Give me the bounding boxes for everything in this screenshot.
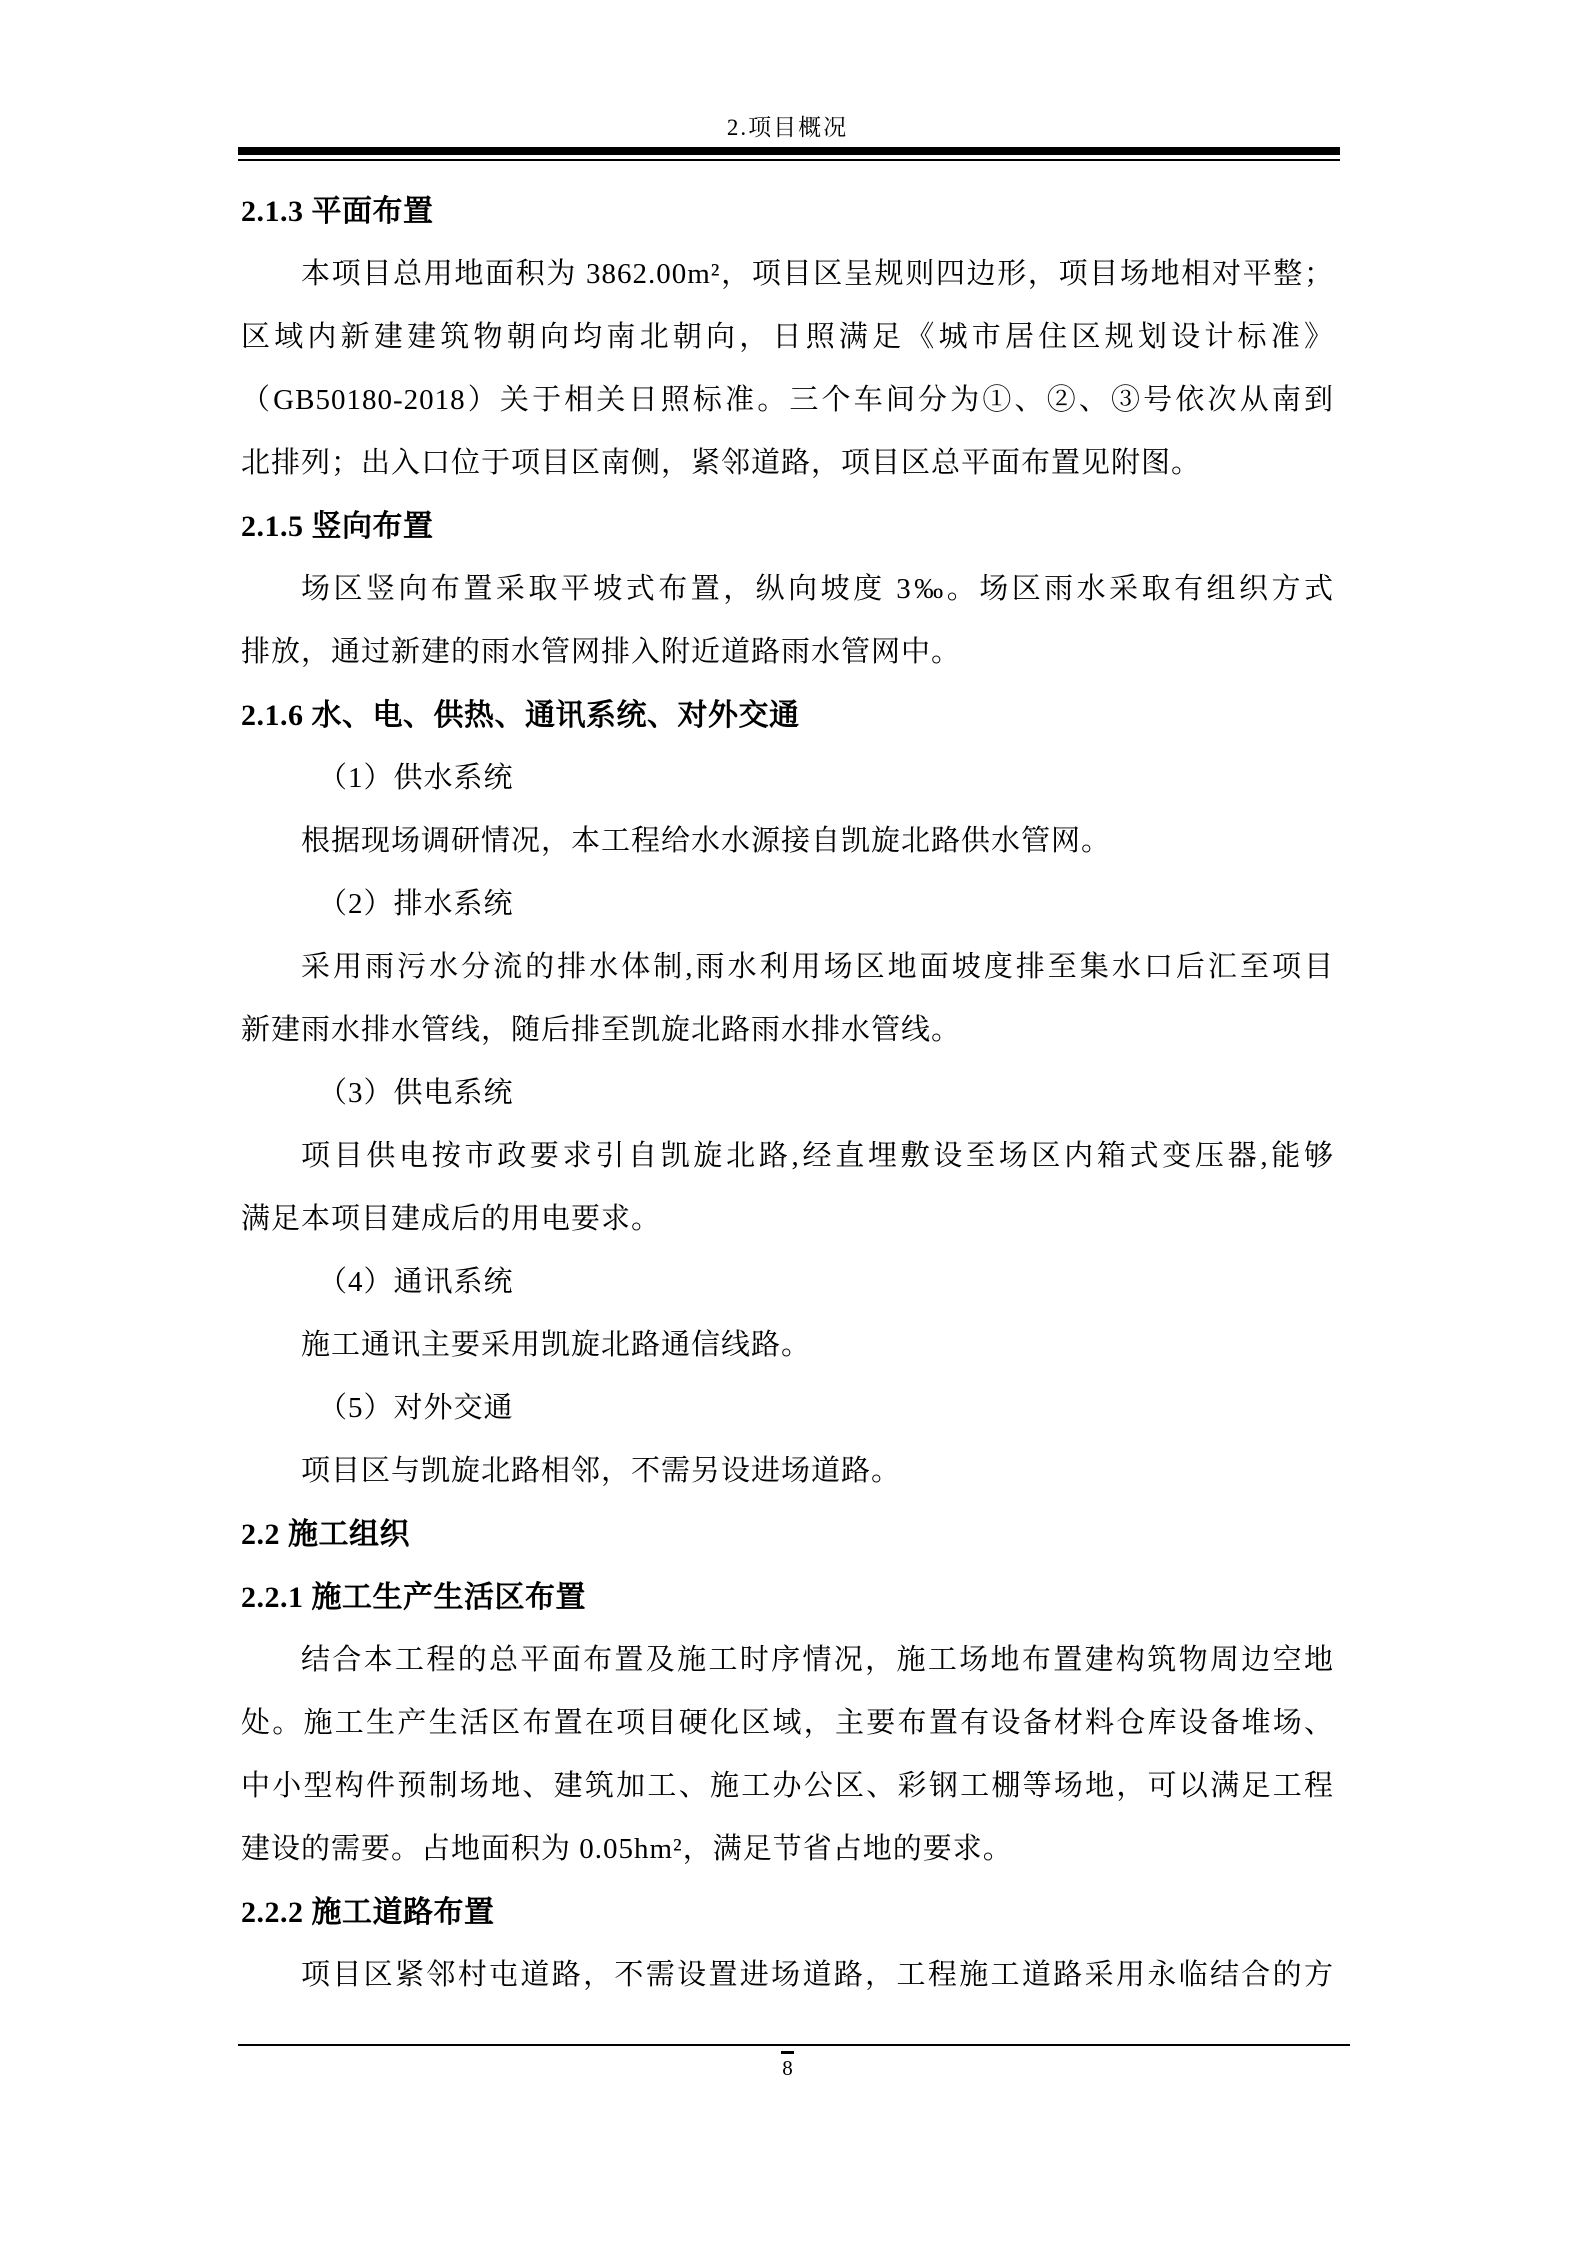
para-line: 排放，通过新建的雨水管网排入附近道路雨水管网中。 <box>241 621 1334 684</box>
numbered-item-1: （1）供水系统 <box>241 747 1334 810</box>
running-header: 2.项目概况 <box>241 112 1334 144</box>
numbered-item-2: （2）排水系统 <box>241 873 1334 936</box>
heading-2-1-3: 2.1.3 平面布置 <box>241 180 1334 243</box>
para-line: 项目供电按市政要求引自凯旋北路,经直埋敷设至场区内箱式变压器,能够 <box>241 1125 1334 1188</box>
footer-rule <box>238 2044 1350 2046</box>
para-line: 建设的需要。占地面积为 0.05hm²，满足节省占地的要求。 <box>241 1818 1334 1881</box>
para-line: 采用雨污水分流的排水体制,雨水利用场区地面坡度排至集水口后汇至项目 <box>241 936 1334 999</box>
para-line: 结合本工程的总平面布置及施工时序情况，施工场地布置建构筑物周边空地 <box>241 1629 1334 1692</box>
heading-2-1-6: 2.1.6 水、电、供热、通讯系统、对外交通 <box>241 684 1334 747</box>
para-line: 新建雨水排水管线，随后排至凯旋北路雨水排水管线。 <box>241 999 1334 1062</box>
heading-2-2-1: 2.2.1 施工生产生活区布置 <box>241 1566 1334 1629</box>
para-line: 施工通讯主要采用凯旋北路通信线路。 <box>241 1314 1334 1377</box>
para-line: （GB50180-2018）关于相关日照标准。三个车间分为①、②、③号依次从南到 <box>241 369 1334 432</box>
para-line: 区域内新建建筑物朝向均南北朝向，日照满足《城市居住区规划设计标准》 <box>241 306 1334 369</box>
page-number: 8 <box>241 2053 1334 2083</box>
para-line: 场区竖向布置采取平坡式布置，纵向坡度 3‰。场区雨水采取有组织方式 <box>241 558 1334 621</box>
document-page: 2.项目概况 2.1.3 平面布置 本项目总用地面积为 3862.00m²，项目… <box>0 0 1587 2245</box>
para-line: 本项目总用地面积为 3862.00m²，项目区呈规则四边形，项目场地相对平整； <box>241 243 1334 306</box>
para-line: 项目区紧邻村屯道路，不需设置进场道路，工程施工道路采用永临结合的方 <box>241 1944 1334 2007</box>
heading-2-1-5: 2.1.5 竖向布置 <box>241 495 1334 558</box>
para-line: 根据现场调研情况，本工程给水水源接自凯旋北路供水管网。 <box>241 810 1334 873</box>
numbered-item-5: （5）对外交通 <box>241 1377 1334 1440</box>
header-rule-thick <box>238 147 1340 155</box>
para-line: 中小型构件预制场地、建筑加工、施工办公区、彩钢工棚等场地，可以满足工程 <box>241 1755 1334 1818</box>
heading-2-2: 2.2 施工组织 <box>241 1503 1334 1566</box>
numbered-item-3: （3）供电系统 <box>241 1062 1334 1125</box>
para-line: 处。施工生产生活区布置在项目硬化区域，主要布置有设备材料仓库设备堆场、 <box>241 1692 1334 1755</box>
para-line: 北排列；出入口位于项目区南侧，紧邻道路，项目区总平面布置见附图。 <box>241 432 1334 495</box>
header-rule <box>238 147 1340 161</box>
header-rule-thin <box>238 159 1340 161</box>
para-line: 满足本项目建成后的用电要求。 <box>241 1188 1334 1251</box>
numbered-item-4: （4）通讯系统 <box>241 1251 1334 1314</box>
heading-2-2-2: 2.2.2 施工道路布置 <box>241 1881 1334 1944</box>
para-line: 项目区与凯旋北路相邻，不需另设进场道路。 <box>241 1440 1334 1503</box>
document-body: 2.1.3 平面布置 本项目总用地面积为 3862.00m²，项目区呈规则四边形… <box>241 180 1334 2007</box>
